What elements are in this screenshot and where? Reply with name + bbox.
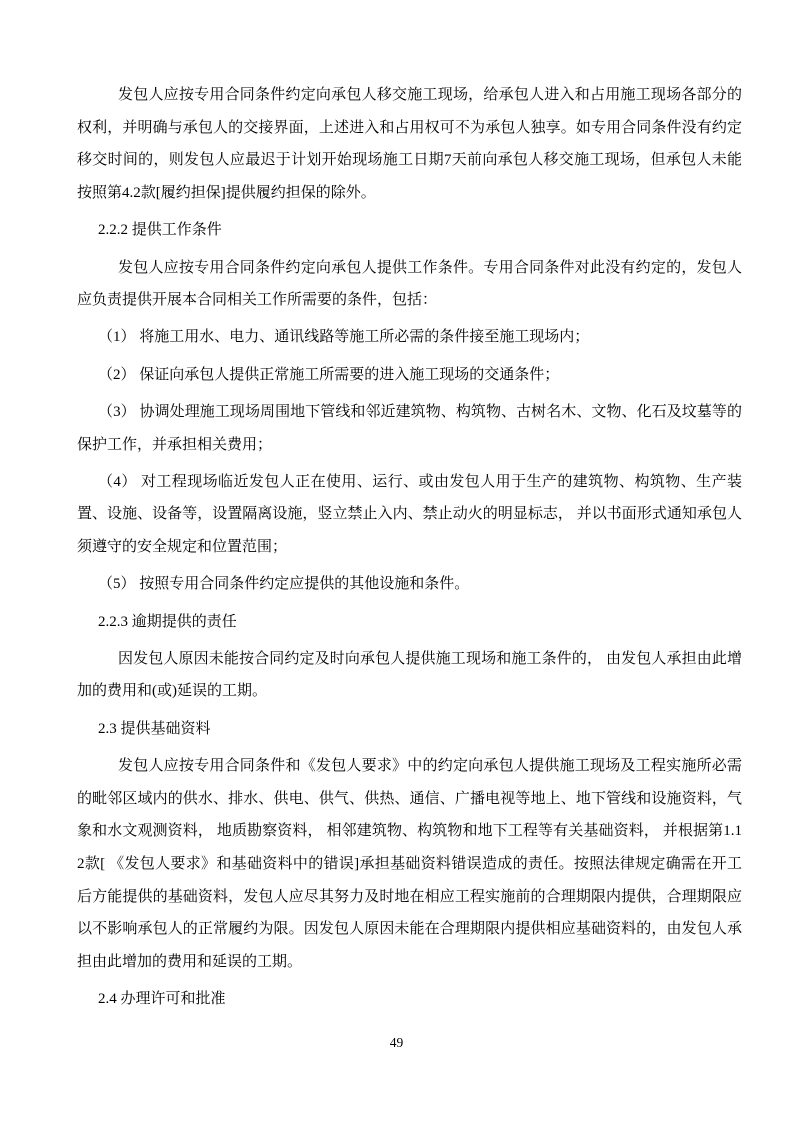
section-heading: 2.2.3 逾期提供的责任 bbox=[77, 606, 742, 639]
body-paragraph: 因发包人原因未能按合同约定及时向承包人提供施工现场和施工条件的， 由发包人承担由… bbox=[77, 643, 742, 708]
list-item: （1） 将施工用水、电力、通讯线路等施工所必需的条件接至施工现场内； bbox=[77, 321, 742, 354]
section-heading: 2.4 办理许可和批准 bbox=[77, 983, 742, 1016]
body-paragraph: 发包人应按专用合同条件约定向承包人移交施工现场，给承包人进入和占用施工现场各部分… bbox=[77, 79, 742, 210]
list-item: （3） 协调处理施工现场周围地下管线和邻近建筑物、构筑物、古树名木、文物、化石及… bbox=[77, 396, 742, 461]
body-paragraph: 发包人应按专用合同条件和《发包人要求》中的约定向承包人提供施工现场及工程实施所必… bbox=[77, 750, 742, 979]
list-item: （5） 按照专用合同条件约定应提供的其他设施和条件。 bbox=[77, 568, 742, 601]
document-page: 发包人应按专用合同条件约定向承包人移交施工现场，给承包人进入和占用施工现场各部分… bbox=[0, 0, 793, 1122]
list-item: （4） 对工程现场临近发包人正在使用、运行、或由发包人用于生产的建筑物、构筑物、… bbox=[77, 466, 742, 564]
body-paragraph: 发包人应按专用合同条件约定向承包人提供工作条件。专用合同条件对此没有约定的，发包… bbox=[77, 252, 742, 317]
page-number: 49 bbox=[0, 1033, 793, 1053]
section-heading: 2.3 提供基础资料 bbox=[77, 713, 742, 746]
section-heading: 2.2.2 提供工作条件 bbox=[77, 214, 742, 247]
document-body: 发包人应按专用合同条件约定向承包人移交施工现场，给承包人进入和占用施工现场各部分… bbox=[77, 79, 742, 1016]
list-item: （2） 保证向承包人提供正常施工所需要的进入施工现场的交通条件； bbox=[77, 359, 742, 392]
